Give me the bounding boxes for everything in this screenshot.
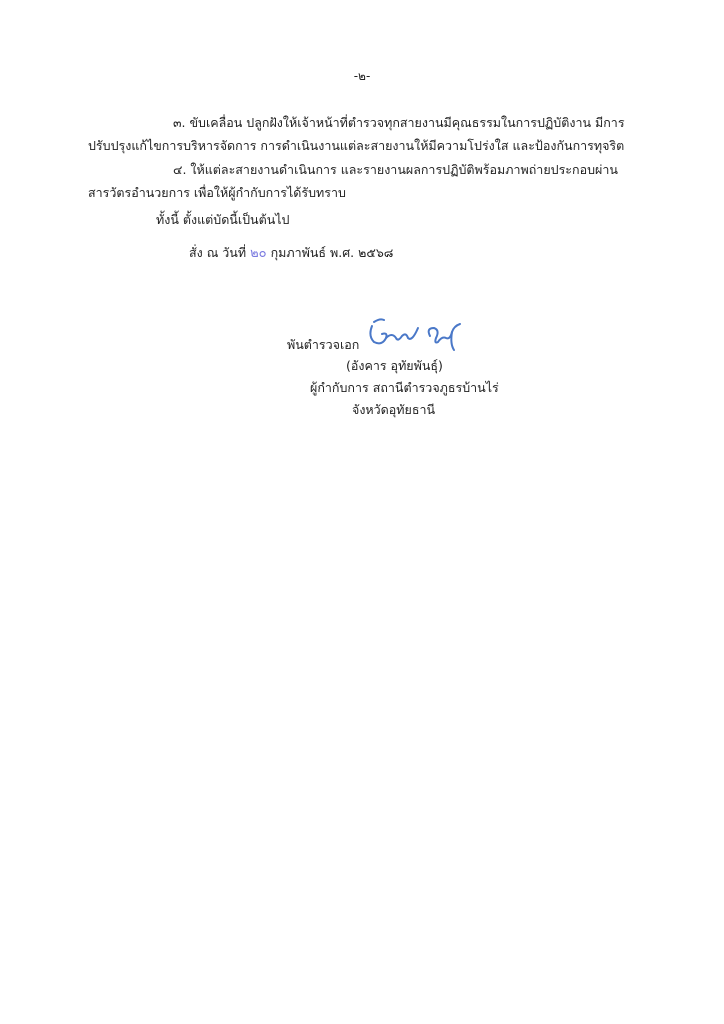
signature-province: จังหวัดอุทัยธานี [352, 402, 435, 418]
order-date: สั่ง ณ วันที่ ๒๐ กุมภาพันธ์ พ.ศ. ๒๕๖๘ [189, 245, 393, 262]
effective-statement: ทั้งนี้ ตั้งแต่บัดนี้เป็นต้นไป [156, 212, 290, 228]
order-date-suffix: กุมภาพันธ์ พ.ศ. ๒๕๖๘ [271, 245, 394, 260]
signature-name: (อังคาร อุทัยพันธุ์) [346, 358, 443, 374]
item-4-line-1: ๔. ให้แต่ละสายงานดำเนินการ และรายงานผลกา… [173, 162, 618, 178]
item-4-line-2: สารวัตรอำนวยการ เพื่อให้ผู้กำกับการได้รั… [88, 185, 346, 201]
item-3-line-2: ปรับปรุงแก้ไขการบริหารจัดการ การดำเนินงา… [88, 138, 624, 154]
order-date-prefix: สั่ง ณ วันที่ [189, 245, 246, 260]
handwritten-signature [364, 314, 469, 354]
page-number: -๒- [0, 68, 724, 84]
signature-position: ผู้กำกับการ สถานีตำรวจภูธรบ้านไร่ [310, 380, 499, 396]
signature-rank: พันตำรวจเอก [287, 337, 359, 353]
item-3-line-1: ๓. ขับเคลื่อน ปลูกฝังให้เจ้าหน้าที่ตำรวจ… [173, 115, 625, 131]
handwritten-day: ๒๐ [250, 246, 267, 261]
